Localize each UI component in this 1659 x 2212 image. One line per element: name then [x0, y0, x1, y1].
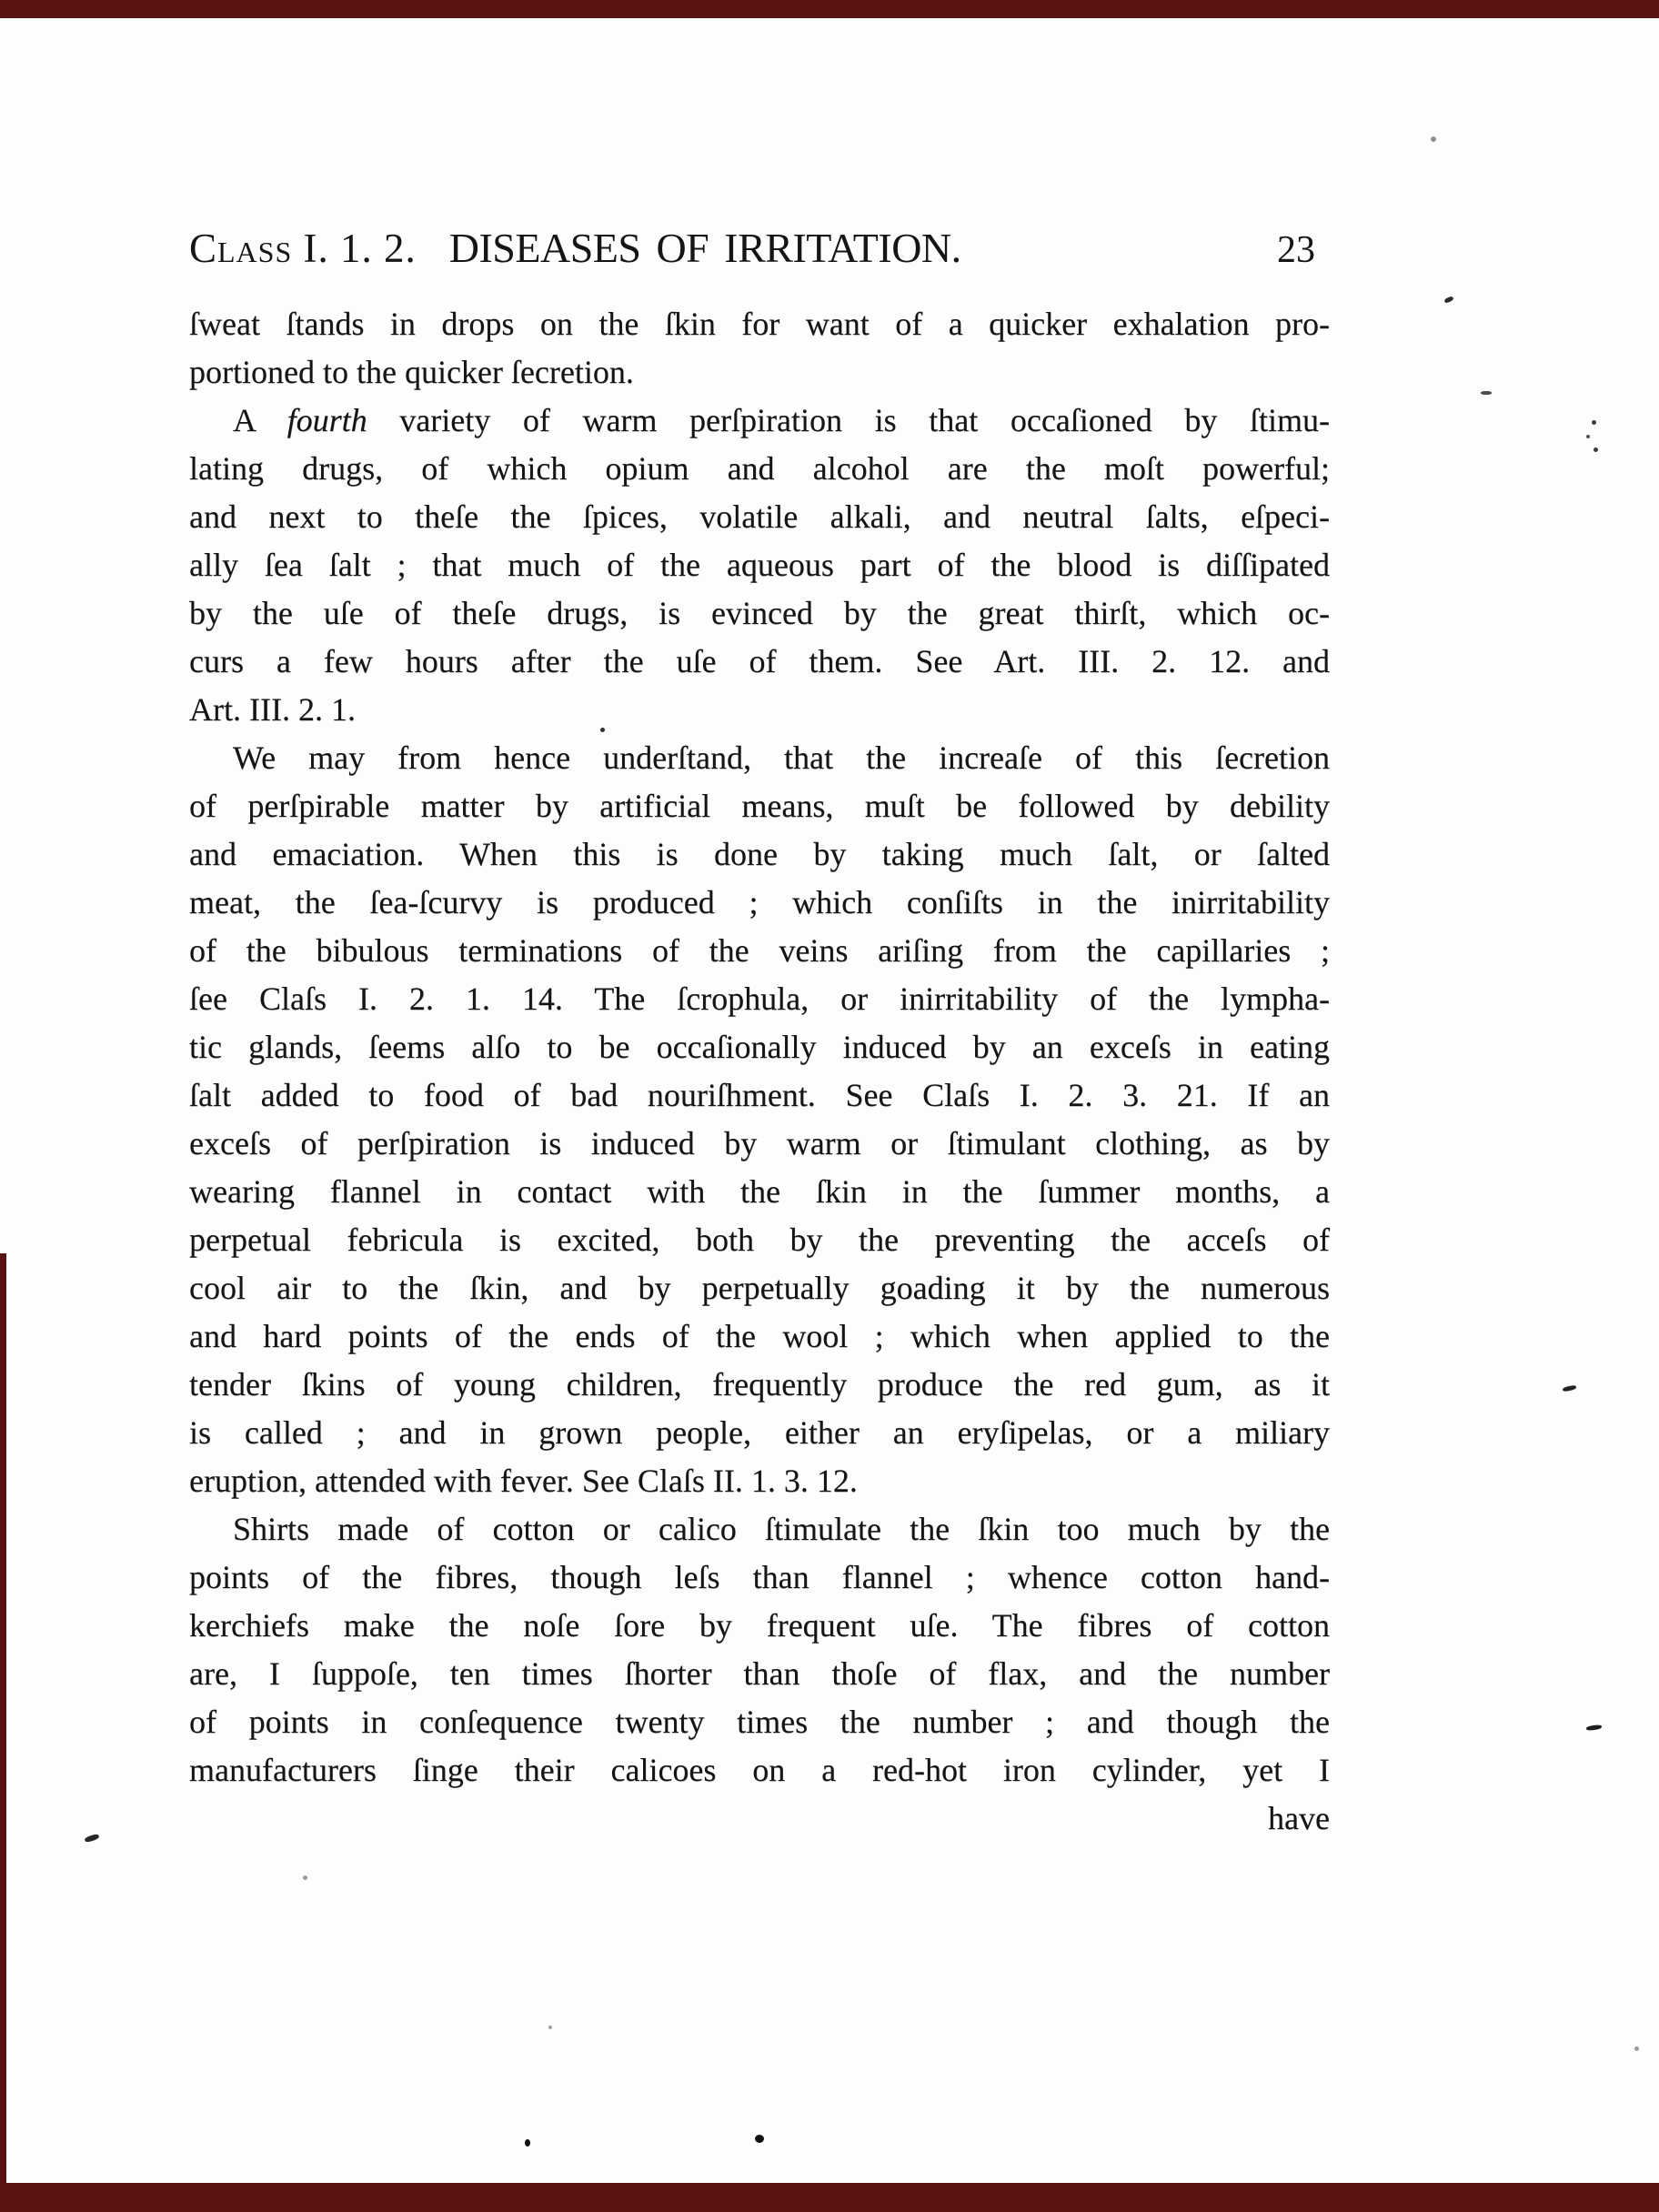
scan-edge-left — [0, 1253, 6, 2212]
scan-speck — [1481, 391, 1492, 395]
scan-speck — [303, 1875, 307, 1880]
text-line: ſee Claſs I. 2. 1. 14. The ſcrophula, or… — [189, 975, 1330, 1023]
scan-speck — [1594, 447, 1598, 452]
scan-edge-top — [0, 0, 1659, 18]
text-line: wearing flannel in contact with the ſkin… — [189, 1168, 1330, 1216]
text-line: lating drugs, of which opium and alcohol… — [189, 445, 1330, 493]
scan-speck — [525, 2139, 530, 2147]
scan-speck — [755, 2135, 764, 2143]
running-class-label: Class I. 1. 2. — [189, 225, 417, 272]
scan-speck — [1431, 136, 1436, 142]
body-text: ſweat ſtands in drops on the ſkin for wa… — [189, 300, 1330, 1843]
text-line: is called ; and in grown people, either … — [189, 1409, 1330, 1457]
text-line: manufacturers ſinge their calicoes on a … — [189, 1746, 1330, 1795]
text-line: Shirts made of cotton or calico ſtimulat… — [189, 1505, 1330, 1553]
text-line: ſweat ſtands in drops on the ſkin for wa… — [189, 300, 1330, 348]
text-line: We may from hence underſtand, that the i… — [189, 734, 1330, 782]
running-title: DISEASES OF IRRITATION. — [449, 224, 961, 272]
text-line: and hard points of the ends of the wool … — [189, 1312, 1330, 1361]
text-line: cool air to the ſkin, and by perpetually… — [189, 1264, 1330, 1312]
text-line: ally ſea ſalt ; that much of the aqueous… — [189, 541, 1330, 589]
page-header: Class I. 1. 2. DISEASES OF IRRITATION. 2… — [189, 224, 1330, 276]
text-line: tender ſkins of young children, frequent… — [189, 1361, 1330, 1409]
text-block: Class I. 1. 2. DISEASES OF IRRITATION. 2… — [189, 224, 1330, 1843]
scan-edge-bottom — [0, 2183, 1659, 2212]
text-line: meat, the ſea-ſcurvy is produced ; which… — [189, 879, 1330, 927]
text-line: kerchiefs make the noſe ſore by frequent… — [189, 1602, 1330, 1650]
text-line: of perſpirable matter by artificial mean… — [189, 782, 1330, 830]
text-line: perpetual febricula is excited, both by … — [189, 1216, 1330, 1264]
text-line: of the bibulous terminations of the vein… — [189, 927, 1330, 975]
text-line: have — [189, 1795, 1330, 1843]
scan-speck — [1634, 2046, 1639, 2051]
text-line: of points in conſequence twenty times th… — [189, 1698, 1330, 1746]
text-line: A fourth variety of warm perſpiration is… — [189, 397, 1330, 445]
text-line: ſalt added to food of bad nouriſhment. S… — [189, 1071, 1330, 1120]
text-line: by the uſe of theſe drugs, is evinced by… — [189, 589, 1330, 638]
text-line: are, I ſuppoſe, ten times ſhorter than t… — [189, 1650, 1330, 1698]
scanned-page: Class I. 1. 2. DISEASES OF IRRITATION. 2… — [0, 0, 1659, 2212]
text-line: eruption, attended with fever. See Claſs… — [189, 1457, 1330, 1505]
text-line: and next to theſe the ſpices, volatile a… — [189, 493, 1330, 541]
text-line: portioned to the quicker ſecretion. — [189, 348, 1330, 397]
text-line: tic glands, ſeems alſo to be occaſionall… — [189, 1023, 1330, 1071]
text-line: points of the fibres, though leſs than f… — [189, 1553, 1330, 1602]
page-number: 23 — [1277, 228, 1315, 272]
text-line: curs a few hours after the uſe of them. … — [189, 638, 1330, 686]
text-line: exceſs of perſpiration is induced by war… — [189, 1120, 1330, 1168]
scan-speck — [600, 728, 605, 732]
text-line: Art. III. 2. 1. — [189, 686, 1330, 734]
scan-speck — [548, 2026, 552, 2029]
scan-speck — [1586, 435, 1590, 438]
scan-speck — [1592, 420, 1596, 425]
text-line: and emaciation. When this is done by tak… — [189, 830, 1330, 879]
